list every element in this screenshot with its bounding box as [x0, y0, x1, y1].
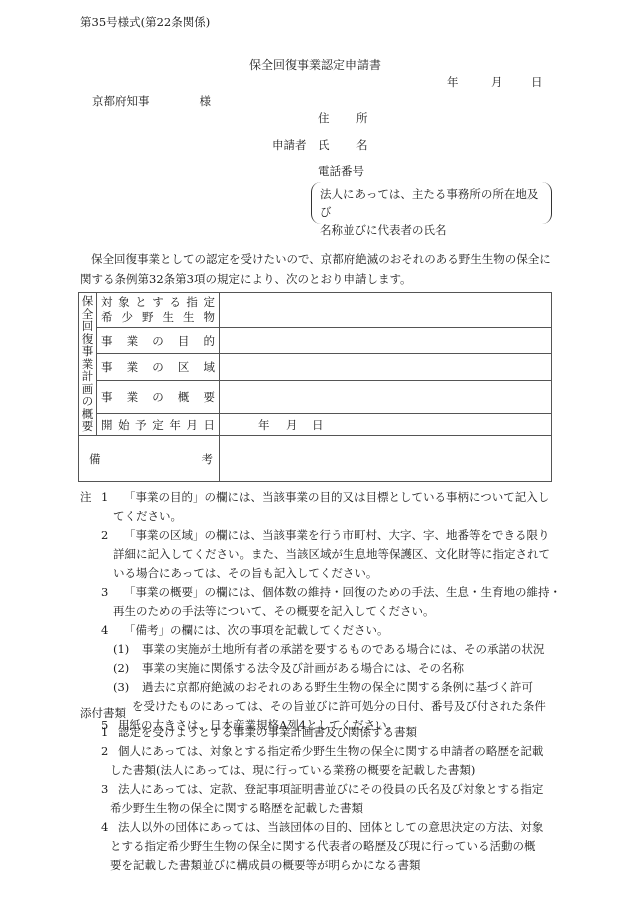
table-row: 開始予定年月日 年月日: [79, 414, 552, 436]
attachment-text: 要を記載した書類並びに構成員の概要等が明らかになる書類: [110, 856, 421, 875]
address-field[interactable]: 住所: [318, 110, 394, 126]
attachment-text: 法人にあっては、定款、登記事項証明書並びにその役員の氏名及び対象とする指定: [118, 780, 543, 799]
business-area-input[interactable]: [220, 354, 552, 381]
intro-paragraph: 保全回復事業としての認定を受けたいので、京都府絶滅のおそれのある野生生物の保全に…: [80, 249, 555, 289]
business-purpose-label: 事業の目的: [97, 328, 220, 354]
notes-section: 注1「事業の目的」の欄には、当該事業の目的又は目標としている事柄について記入し …: [80, 488, 560, 735]
application-date[interactable]: 年月日: [447, 74, 543, 90]
document-title: 保全回復事業認定申請書: [0, 56, 630, 73]
attachment-text: 希少野生生物の保全に関する略歴を記載した書類: [110, 799, 363, 818]
note-text: いる場合にあっては、その旨も記入してください。: [113, 564, 377, 583]
addressee-name: 京都府知事: [92, 94, 150, 108]
notes-heading: 注: [80, 490, 92, 504]
applicant-label: 申請者: [272, 137, 307, 153]
attachment-text: した書類(法人にあっては、現に行っている業務の概要を記載した書類): [110, 761, 475, 780]
start-date-day: 日: [312, 417, 324, 433]
remarks-label: 備考: [79, 436, 220, 482]
name-label-2: 名: [356, 137, 394, 153]
attachment-text: 法人以外の団体にあっては、当該団体の目的、団体としての意思決定の方法、対象: [118, 818, 543, 837]
note-text: 事業の実施に関係する法令及び計画がある場合には、その名称: [142, 659, 464, 678]
note-text: 「事業の区域」の欄には、当該事業を行う市町村、大字、字、地番等をできる限り: [124, 526, 550, 545]
note-text: 「事業の目的」の欄には、当該事業の目的又は目標としている事柄について記入し: [124, 488, 549, 507]
table-row: 事業の概要: [79, 381, 552, 414]
form-number: 第35号様式(第22条関係): [80, 14, 210, 30]
remarks-input[interactable]: [220, 436, 552, 482]
plan-summary-group-label: 保全回復事業計画の概要: [79, 293, 97, 436]
start-date-input[interactable]: 年月日: [220, 414, 552, 436]
date-year-label: 年: [447, 74, 491, 90]
note-text: 詳細に記入してください。また、当該区域が生息地等保護区、文化財等に指定されて: [113, 545, 550, 564]
table-row: 備考: [79, 436, 552, 482]
attachment-text: 認定を受けようとする事業の事業計画書及び関係する書類: [118, 723, 417, 742]
honorific: 様: [200, 94, 212, 108]
table-row: 事業の区域: [79, 354, 552, 381]
note-text: 事業の実施が土地所有者の承諾を要するものである場合には、その承諾の状況: [142, 640, 545, 659]
business-overview-label: 事業の概要: [97, 381, 220, 414]
corporate-note-line: 名称並びに代表者の氏名: [320, 221, 543, 239]
business-area-label: 事業の区域: [97, 354, 220, 381]
attachments-section: 添付書類 1認定を受けようとする事業の事業計画書及び関係する書類 2個人にあって…: [80, 704, 560, 875]
attachment-text: とする指定希少野生生物の保全に関する代表者の略歴及び現に行っている活動の概: [110, 837, 536, 856]
target-species-label: 対象とする指定 希少野生生物: [97, 293, 220, 328]
address-label-2: 所: [356, 110, 394, 126]
business-overview-input[interactable]: [220, 381, 552, 414]
address-label-1: 住: [318, 110, 356, 126]
business-plan-table: 保全回復事業計画の概要 対象とする指定 希少野生生物 事業の目的 事業の区域 事…: [78, 292, 552, 482]
note-text: 「事業の概要」の欄には、個体数の維持・回復のための手法、生息・生育地の維持・: [124, 583, 561, 602]
date-day-label: 日: [531, 74, 543, 90]
name-field[interactable]: 氏名: [318, 137, 394, 153]
business-purpose-input[interactable]: [220, 328, 552, 354]
attachment-text: 個人にあっては、対象とする指定希少野生生物の保全に関する申請者の略歴を記載: [118, 742, 543, 761]
note-text: 再生のための手法等について、その概要を記入してください。: [113, 602, 435, 621]
attachments-heading: 添付書類: [80, 704, 560, 723]
start-date-month: 月: [286, 417, 312, 433]
start-date-year: 年: [258, 417, 286, 433]
corporate-note-line: 法人にあっては、主たる事務所の所在地及び: [320, 185, 543, 221]
addressee: 京都府知事様: [92, 93, 211, 109]
start-date-label: 開始予定年月日: [97, 414, 220, 436]
table-row: 保全回復事業計画の概要 対象とする指定 希少野生生物: [79, 293, 552, 328]
name-label-1: 氏: [318, 137, 356, 153]
corporate-note: 法人にあっては、主たる事務所の所在地及び 名称並びに代表者の氏名: [311, 182, 552, 224]
table-row: 事業の目的: [79, 328, 552, 354]
note-text: てください。: [113, 507, 182, 526]
phone-field[interactable]: 電話番号: [318, 163, 364, 179]
target-species-input[interactable]: [220, 293, 552, 328]
note-text: 過去に京都府絶滅のおそれのある野生生物の保全に関する条例に基づく許可: [142, 678, 533, 697]
note-text: 「備考」の欄には、次の事項を記載してください。: [124, 621, 389, 640]
date-month-label: 月: [491, 74, 531, 90]
